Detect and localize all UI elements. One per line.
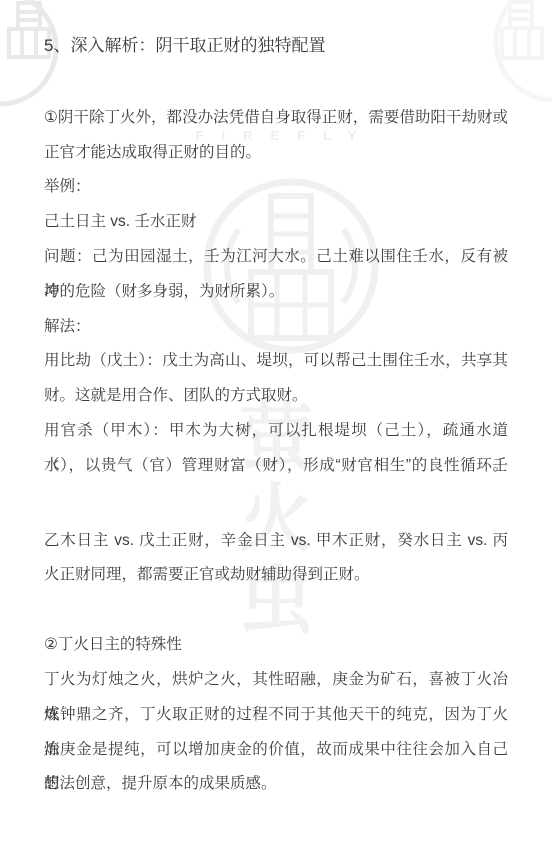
text-line: 垮的危险（财多身弱，为财所累）。 [44, 275, 508, 310]
text-line: ②丁火日主的特殊性 [44, 628, 508, 663]
text-line: 用官杀（甲木）：甲木为大树，可以扎根堤坝（己土），疏通水道（壬 [44, 414, 508, 449]
text-line: 问题：己为田园湿土，壬为江河大水。己土难以围住壬水，反有被冲 [44, 240, 508, 275]
text-line: 己土日主 vs. 壬水正财 [44, 205, 508, 240]
article-title: 5、深入解析：阴干取正财的独特配置 [44, 29, 508, 64]
text-line: 水），以贵气（官）管理财富（财），形成“财官相生”的良性循环。 [44, 449, 508, 484]
text-line: 解法： [44, 310, 508, 345]
text-line: 想法创意，提升原本的成果质感。 [44, 767, 508, 802]
text-line: 正官才能达成取得正财的目的。 [44, 136, 508, 171]
text-line: ①阴干除丁火外，都没办法凭借自身取得正财，需要借助阳干劫财或 [44, 101, 508, 136]
text-line: 用比劫（戊土）：戊土为高山、堤坝，可以帮己土围住壬水，共享其 [44, 344, 508, 379]
article-content: 5、深入解析：阴干取正财的独特配置 ①阴干除丁火外，都没办法凭借自身取得正财，需… [0, 0, 552, 802]
text-line: 炼庚金是提纯，可以增加庚金的价值，故而成果中往往会加入自己的 [44, 733, 508, 768]
text-line: 丁火为灯烛之火，烘炉之火，其性昭融，庚金为矿石，喜被丁火冶炼 [44, 663, 508, 698]
document-page: FIREFLY 萤 火 虫 [0, 0, 552, 853]
text-line: 举例： [44, 170, 508, 205]
text-line: 财。这就是用合作、团队的方式取财。 [44, 379, 508, 414]
text-line: 成钟鼎之齐，丁火取正财的过程不同于其他天干的纯克，因为丁火冶 [44, 698, 508, 733]
text-line: 火正财同理，都需要正官或劫财辅助得到正财。 [44, 558, 508, 593]
body-lines: ①阴干除丁火外，都没办法凭借自身取得正财，需要借助阳干劫财或正官才能达成取得正财… [44, 101, 508, 802]
text-line: 乙木日主 vs. 戊土正财，辛金日主 vs. 甲木正财，癸水日主 vs. 丙 [44, 524, 508, 559]
